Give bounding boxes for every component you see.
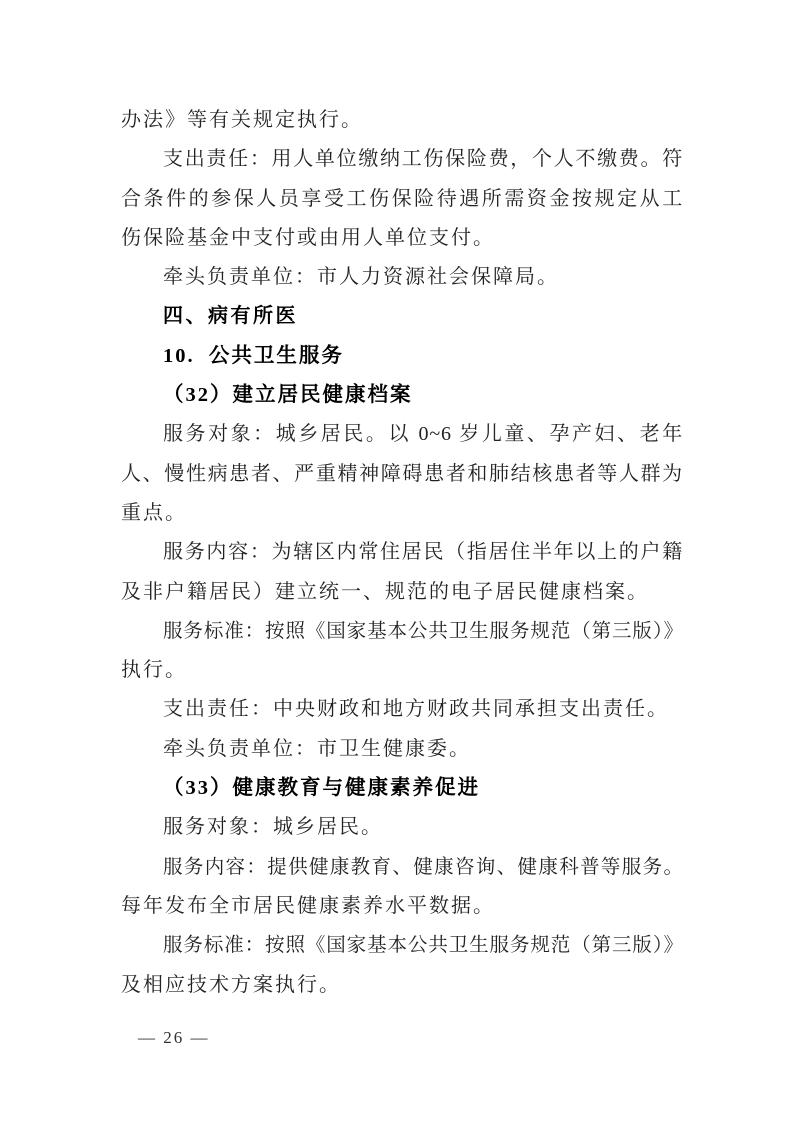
document-page: 办法》等有关规定执行。 支出责任：用人单位缴纳工伤保险费，个人不缴费。符 合条件… bbox=[0, 0, 793, 1122]
continuation-line: 办法》等有关规定执行。 bbox=[121, 101, 683, 140]
expenditure-duty-line-4: 支出责任：中央财政和地方财政共同承担支出责任。 bbox=[121, 690, 683, 729]
service-target-line-1: 服务对象：城乡居民。以 0~6 岁儿童、孕产妇、老年 bbox=[121, 415, 683, 454]
service-content-line-2: 及非户籍居民）建立统一、规范的电子居民健康档案。 bbox=[121, 573, 683, 612]
service-content-line-4: 每年发布全市居民健康素养水平数据。 bbox=[121, 887, 683, 926]
service-standard-line-4: 及相应技术方案执行。 bbox=[121, 966, 683, 1005]
expenditure-duty-line-3: 伤保险基金中支付或由用人单位支付。 bbox=[121, 219, 683, 258]
subitem-heading-33: （33）健康教育与健康素养促进 bbox=[121, 769, 683, 808]
expenditure-duty-line-2: 合条件的参保人员享受工伤保险待遇所需资金按规定从工 bbox=[121, 180, 683, 219]
subitem-heading-32: （32）建立居民健康档案 bbox=[121, 376, 683, 415]
item-heading-10: 10. 公共卫生服务 bbox=[121, 337, 683, 376]
service-standard-line-3: 服务标准：按照《国家基本公共卫生服务规范（第三版）》 bbox=[121, 926, 683, 965]
page-number: — 26 — bbox=[138, 1026, 210, 1050]
service-content-line-3: 服务内容：提供健康教育、健康咨询、健康科普等服务。 bbox=[121, 848, 683, 887]
service-target-line-2: 人、慢性病患者、严重精神障碍患者和肺结核患者等人群为 bbox=[121, 455, 683, 494]
service-standard-line-1: 服务标准：按照《国家基本公共卫生服务规范（第三版）》 bbox=[121, 612, 683, 651]
service-target-line-3: 重点。 bbox=[121, 494, 683, 533]
service-standard-line-2: 执行。 bbox=[121, 651, 683, 690]
lead-unit-line-2: 牵头负责单位：市卫生健康委。 bbox=[121, 730, 683, 769]
service-content-line-1: 服务内容：为辖区内常住居民（指居住半年以上的户籍 bbox=[121, 533, 683, 572]
service-target-line-4: 服务对象：城乡居民。 bbox=[121, 808, 683, 847]
section-heading-4: 四、病有所医 bbox=[121, 297, 683, 336]
lead-unit-line-1: 牵头负责单位：市人力资源社会保障局。 bbox=[121, 258, 683, 297]
document-content: 办法》等有关规定执行。 支出责任：用人单位缴纳工伤保险费，个人不缴费。符 合条件… bbox=[121, 101, 683, 1005]
expenditure-duty-line-1: 支出责任：用人单位缴纳工伤保险费，个人不缴费。符 bbox=[121, 140, 683, 179]
